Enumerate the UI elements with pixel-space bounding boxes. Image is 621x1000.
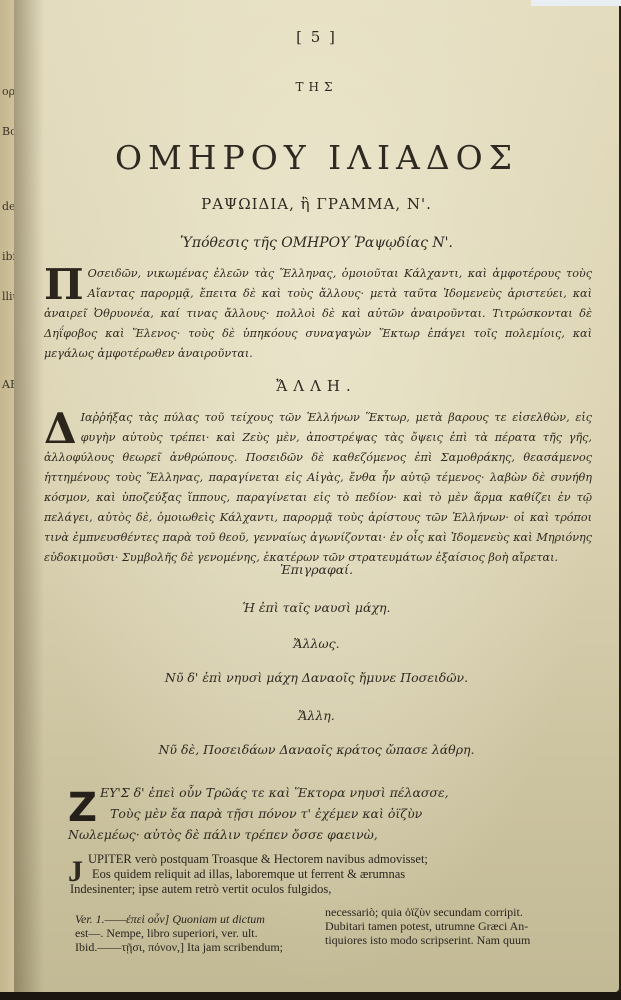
alle-text: Ιαῤῥήξας τὰς πύλας τοῦ τείχους τῶν Ἑλλήν… xyxy=(44,411,592,564)
verse-line: ΕΥ'Σ δ' ἐπεὶ οὖν Τρῶάς τε καὶ Ἕκτορα νηυ… xyxy=(100,782,600,803)
latin-line: Indesinenter; ipse autem retrò vertit oc… xyxy=(70,882,331,897)
epigraph-line: Νῦ δ' ἐπὶ νηυσὶ μάχη Δαναοῖς ἤμυνε Ποσει… xyxy=(14,670,619,685)
footnotes-right: necessariò; quia ὀϊζὺν secundam corripit… xyxy=(325,905,565,947)
footnote-line: est—. Nempe, libro superiori, ver. ult. xyxy=(75,926,285,940)
hypothesis-heading: Ὑπόθεσις τῆς ΟΜΗΡΟΥ Ῥαψῳδίας Ν'. xyxy=(14,235,619,251)
epigraph-label: Ἄλλη. xyxy=(14,708,619,723)
drop-cap: Δ xyxy=(44,411,77,447)
epigraph-label: Ἄλλως. xyxy=(14,636,619,651)
footnote-line: Dubitari tamen potest, utrumne Græci An- xyxy=(325,919,565,933)
argument-text: Οσειδῶν, νικωμένας ἐλεῶν τὰς Ἕλληνας, ὁμ… xyxy=(44,267,592,360)
verse-line: Τοὺς μὲν ἔα παρὰ τῇσι πόνον τ' ἐχέμεν κα… xyxy=(110,803,610,824)
drop-cap: Π xyxy=(44,267,84,303)
argument-paragraph: Π Οσειδῶν, νικωμένας ἐλεῶν τὰς Ἕλληνας, … xyxy=(44,264,592,364)
verse-line: Νωλεμέως· αὐτὸς δὲ πάλιν τρέπεν ὄσσε φαε… xyxy=(68,824,568,845)
epigraphai-heading: Ἐπιγραφαί. xyxy=(14,562,619,577)
page-number: [ 5 ] xyxy=(14,28,619,46)
footnotes-left: Ver. 1.——ἐπεὶ οὖν] Quoniam ut dictum est… xyxy=(75,912,285,954)
latin-line: UPITER verò postquam Troasque & Hectorem… xyxy=(88,852,428,867)
epigraph-line: Νῦ δὲ, Ποσειδάων Δαναοῖς κράτος ὤπασε λά… xyxy=(14,742,619,757)
footnote-line: tiquiores isto modo scripserint. Nam quu… xyxy=(325,933,565,947)
footnote-line: Ibid.——τῇσι, πόνον,] Ita jam scribendum; xyxy=(75,940,285,954)
page-title: ΟΜΗΡΟΥ ΙΛΙΑΔΟΣ xyxy=(14,138,619,177)
table-surface xyxy=(0,992,621,1000)
epigraph-line: Ἡ ἐπὶ ταῖς ναυσὶ μάχη. xyxy=(14,600,619,615)
latin-line: Eos quidem reliquit ad illas, laboremque… xyxy=(92,867,405,882)
heading-the: ΤΗΣ xyxy=(14,80,619,94)
alle-heading: ἌΛΛΗ. xyxy=(14,377,619,395)
book-subtitle: ΡΑΨΩΙΔΙΑ, ἢ ΓΡΑΜΜΑ, Ν'. xyxy=(14,195,619,213)
background-strip xyxy=(531,0,621,6)
footnote-line: necessariò; quia ὀϊζὺν secundam corripit… xyxy=(325,905,565,919)
footnote-line: Ver. 1.——ἐπεὶ οὖν] Quoniam ut dictum xyxy=(75,912,285,926)
alle-paragraph: Δ Ιαῤῥήξας τὰς πύλας τοῦ τείχους τῶν Ἑλλ… xyxy=(44,408,592,568)
